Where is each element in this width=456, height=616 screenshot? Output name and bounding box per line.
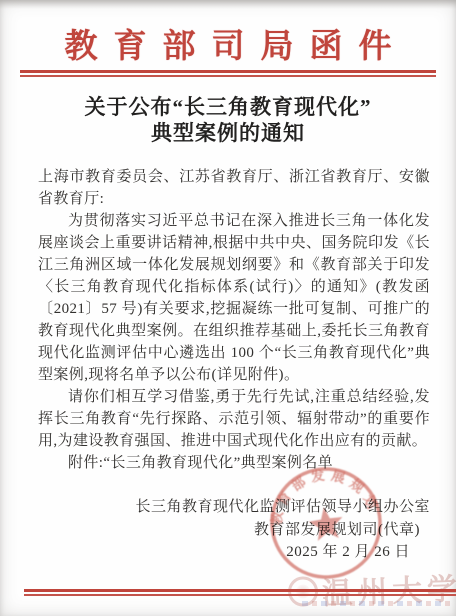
recipients-line: 上海市教育委员会、江苏省教育厅、浙江省教育厅、安徽省教育厅: bbox=[38, 166, 430, 210]
letterhead-divider bbox=[20, 70, 436, 77]
document-title: 关于公布“长三角教育现代化” 典型案例的通知 bbox=[0, 94, 456, 146]
signature-office: 长三角教育现代化监测评估领导小组办公室 bbox=[38, 496, 430, 519]
attachment-line: 附件:“长三角教育现代化”典型案例名单 bbox=[38, 452, 430, 474]
signature-department: 教育部发展规划司(代章) bbox=[38, 519, 430, 542]
signature-date: 2025 年 2 月 26 日 bbox=[38, 541, 430, 564]
document-body: 上海市教育委员会、江苏省教育厅、浙江省教育厅、安徽省教育厅: 为贯彻落实习近平总… bbox=[38, 166, 430, 474]
document-title-line1: 关于公布“长三角教育现代化” bbox=[0, 94, 456, 120]
watermark-subline bbox=[302, 601, 452, 606]
divider-line-thin bbox=[20, 75, 436, 77]
footer-line-thin bbox=[24, 594, 456, 596]
letterhead-title: 教育部司局函件 bbox=[0, 20, 456, 67]
document-title-line2: 典型案例的通知 bbox=[0, 120, 456, 146]
body-paragraph-2: 请你们相互学习借鉴,勇于先行先试,注重总结经验,发挥长三角教育“先行探路、示范引… bbox=[38, 386, 430, 452]
signature-block: 长三角教育现代化监测评估领导小组办公室 教育部发展规划司(代章) 2025 年 … bbox=[38, 496, 430, 564]
body-paragraph-1: 为贯彻落实习近平总书记在深入推进长三角一体化发展座谈会上重要讲话精神,根据中共中… bbox=[38, 210, 430, 386]
scan-edge-artifact bbox=[0, 0, 456, 9]
footer-divider bbox=[24, 589, 456, 596]
document-page: 教育部司局函件 关于公布“长三角教育现代化” 典型案例的通知 上海市教育委员会、… bbox=[0, 0, 456, 616]
